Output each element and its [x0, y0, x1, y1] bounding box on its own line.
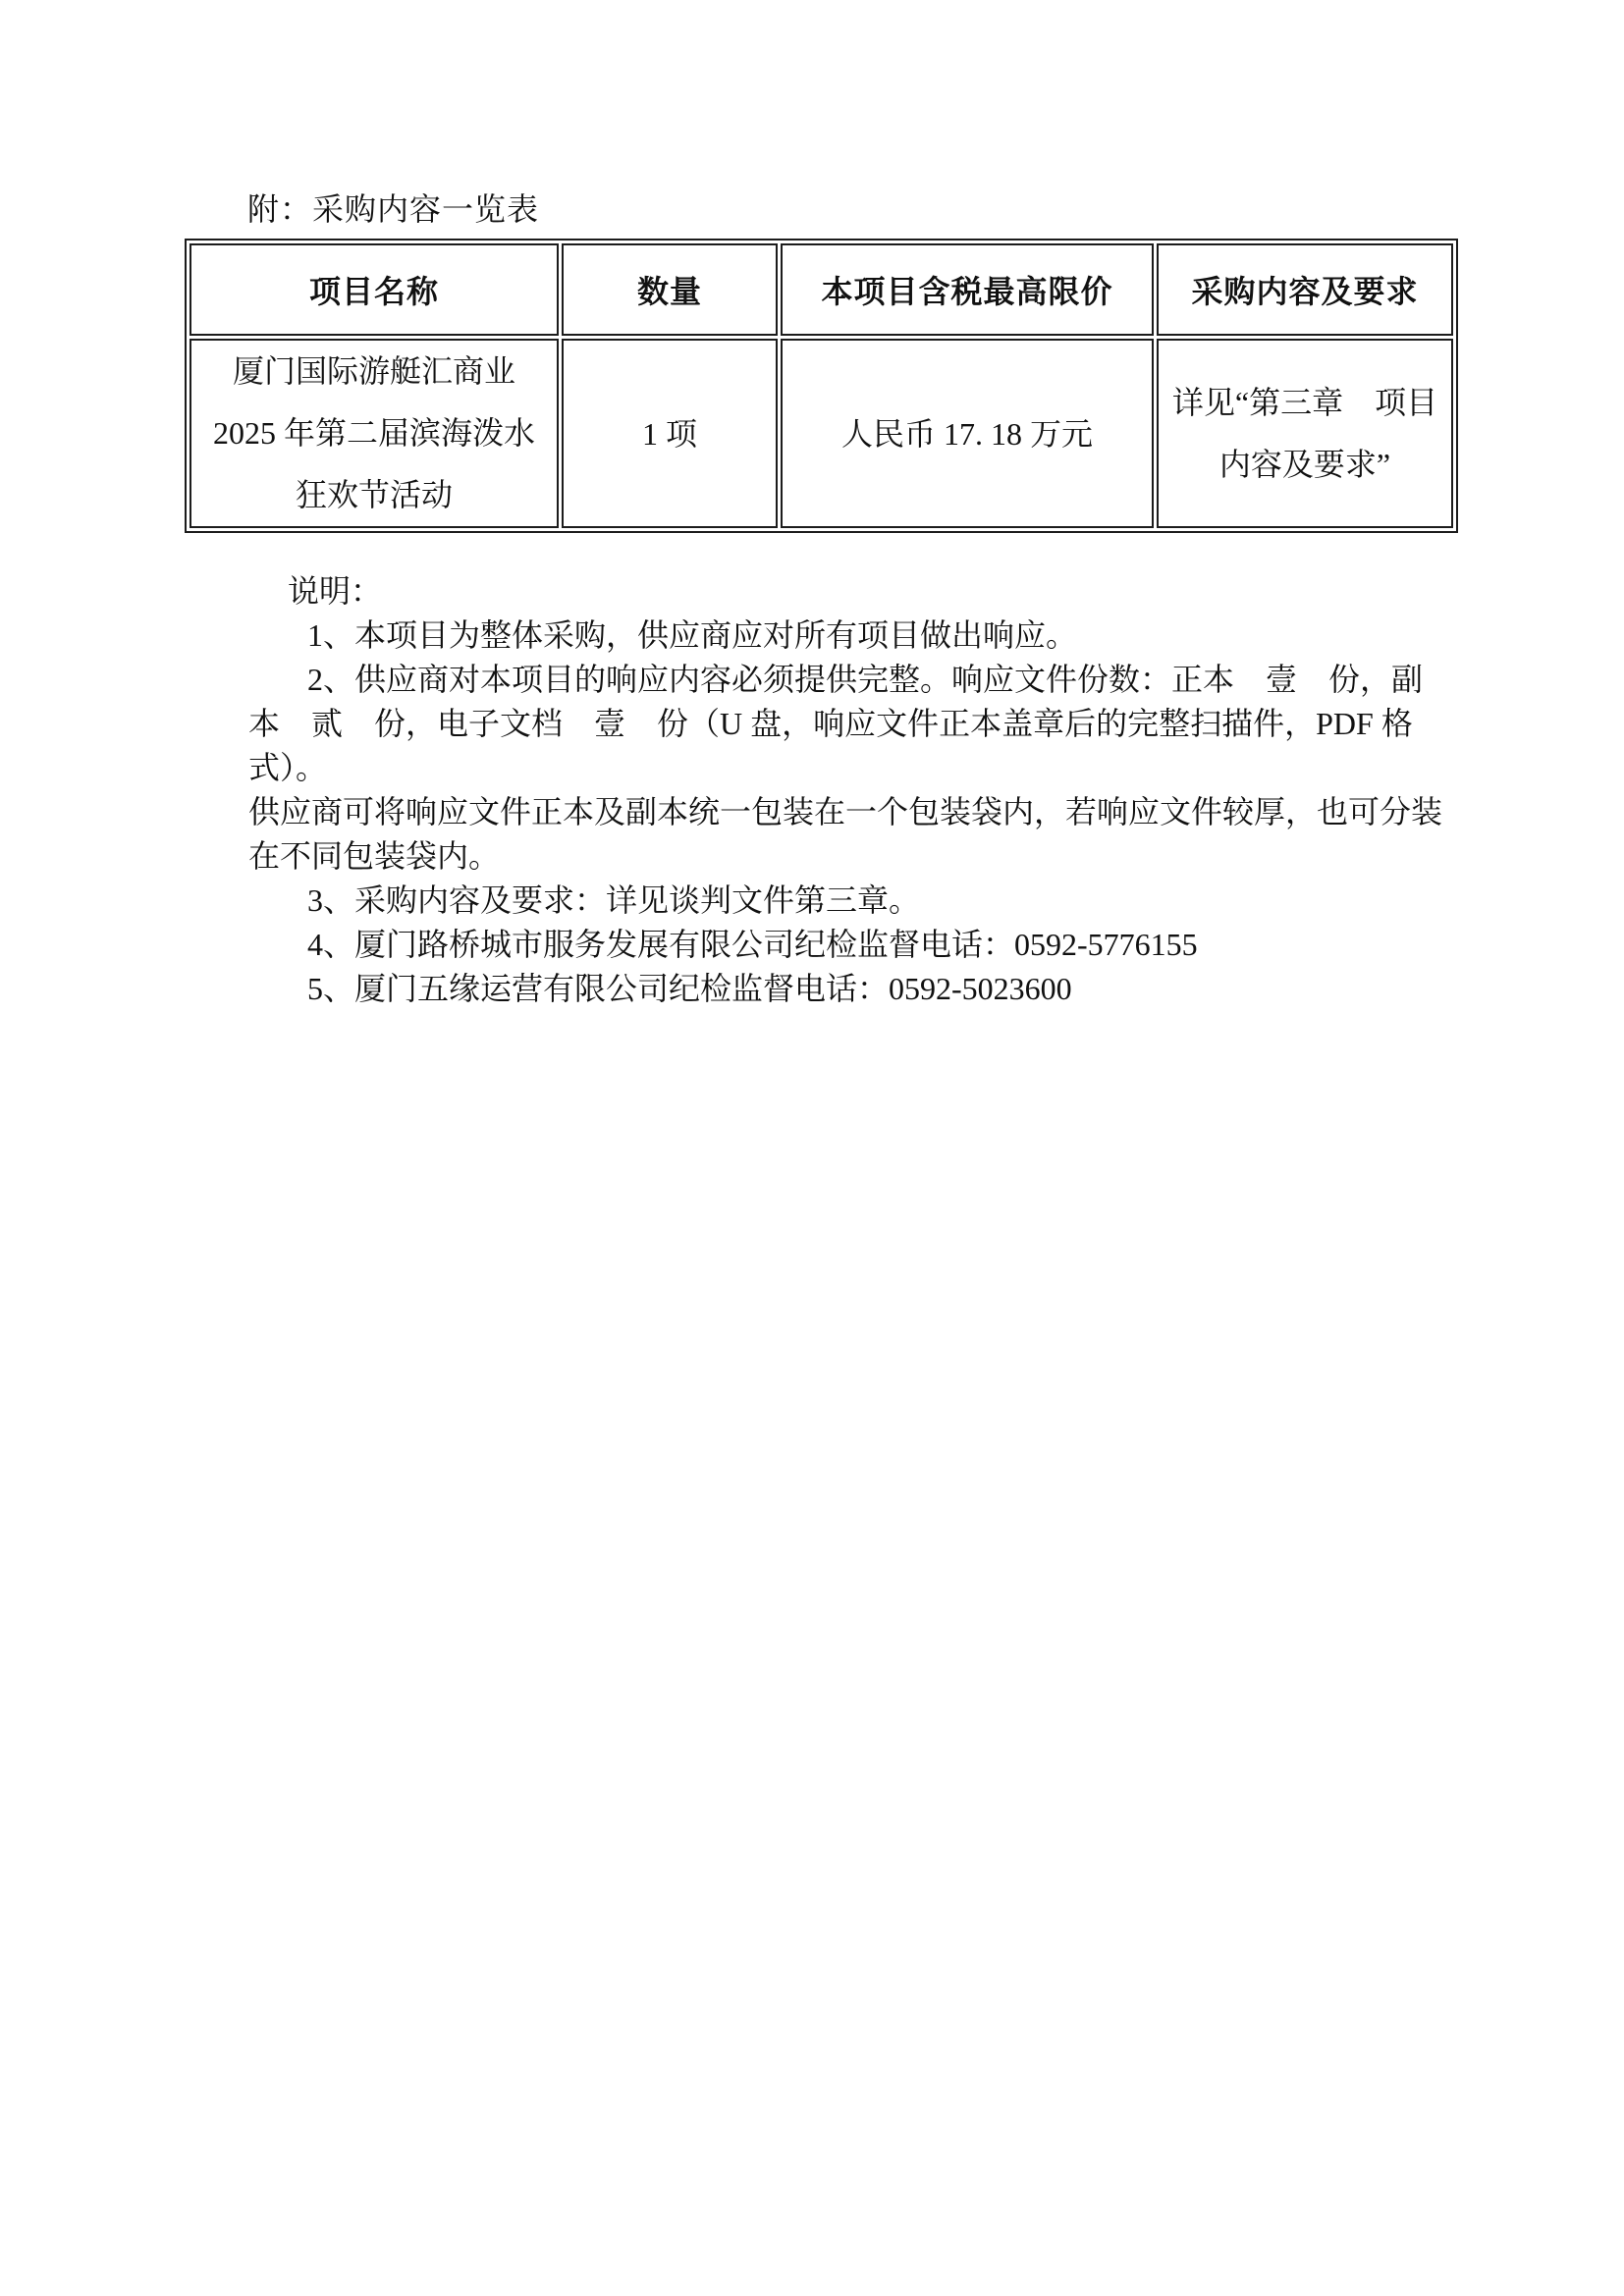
table-row: 厦门国际游艇汇商业 2025 年第二届滨海泼水 狂欢节活动 1 项 人民币 17… [189, 339, 1453, 528]
note-item-1: 1、本项目为整体采购，供应商应对所有项目做出响应。 [248, 614, 1451, 658]
project-name-line-2: 2025 年第二届滨海泼水 [195, 402, 553, 464]
header-project-name: 项目名称 [189, 243, 559, 336]
note-item-4: 4、厦门路桥城市服务发展有限公司纪检监督电话：0592-5776155 [248, 923, 1451, 967]
procurement-table: 项目名称 数量 本项目含税最高限价 采购内容及要求 厦门国际游艇汇商业 2025… [185, 239, 1458, 533]
note-item-5: 5、厦门五缘运营有限公司纪检监督电话：0592-5023600 [248, 967, 1451, 1011]
header-quantity: 数量 [562, 243, 778, 336]
header-requirements: 采购内容及要求 [1157, 243, 1453, 336]
note-item-2-line-2: 本 贰 份，电子文档 壹 份（U 盘，响应文件正本盖章后的完整扫描件，PDF 格… [248, 702, 1451, 790]
attachment-title: 附：采购内容一览表 [247, 188, 539, 230]
cell-max-price: 人民币 17. 18 万元 [781, 339, 1154, 528]
table-header-row: 项目名称 数量 本项目含税最高限价 采购内容及要求 [189, 243, 1453, 336]
notes-section: 说明： 1、本项目为整体采购，供应商应对所有项目做出响应。 2、供应商对本项目的… [248, 569, 1451, 1011]
requirements-line-1: 详见“第三章 项目 [1163, 372, 1447, 434]
note-item-3: 3、采购内容及要求：详见谈判文件第三章。 [248, 879, 1451, 923]
cell-quantity: 1 项 [562, 339, 778, 528]
project-name-line-3: 狂欢节活动 [195, 464, 553, 526]
cell-requirements: 详见“第三章 项目 内容及要求” [1157, 339, 1453, 528]
cell-project-name: 厦门国际游艇汇商业 2025 年第二届滨海泼水 狂欢节活动 [189, 339, 559, 528]
note-item-2-line-4: 在不同包装袋内。 [248, 834, 1451, 879]
notes-heading: 说明： [248, 569, 1451, 614]
document-page: 附：采购内容一览表 项目名称 数量 本项目含税最高限价 采购内容及要求 厦门国际… [0, 0, 1624, 2296]
note-item-2-line-3: 供应商可将响应文件正本及副本统一包装在一个包装袋内，若响应文件较厚，也可分装 [248, 790, 1451, 834]
note-item-2-line-1: 2、供应商对本项目的响应内容必须提供完整。响应文件份数：正本 壹 份，副 [248, 658, 1451, 702]
requirements-line-2: 内容及要求” [1163, 434, 1447, 496]
project-name-line-1: 厦门国际游艇汇商业 [195, 341, 553, 402]
header-max-price: 本项目含税最高限价 [781, 243, 1154, 336]
